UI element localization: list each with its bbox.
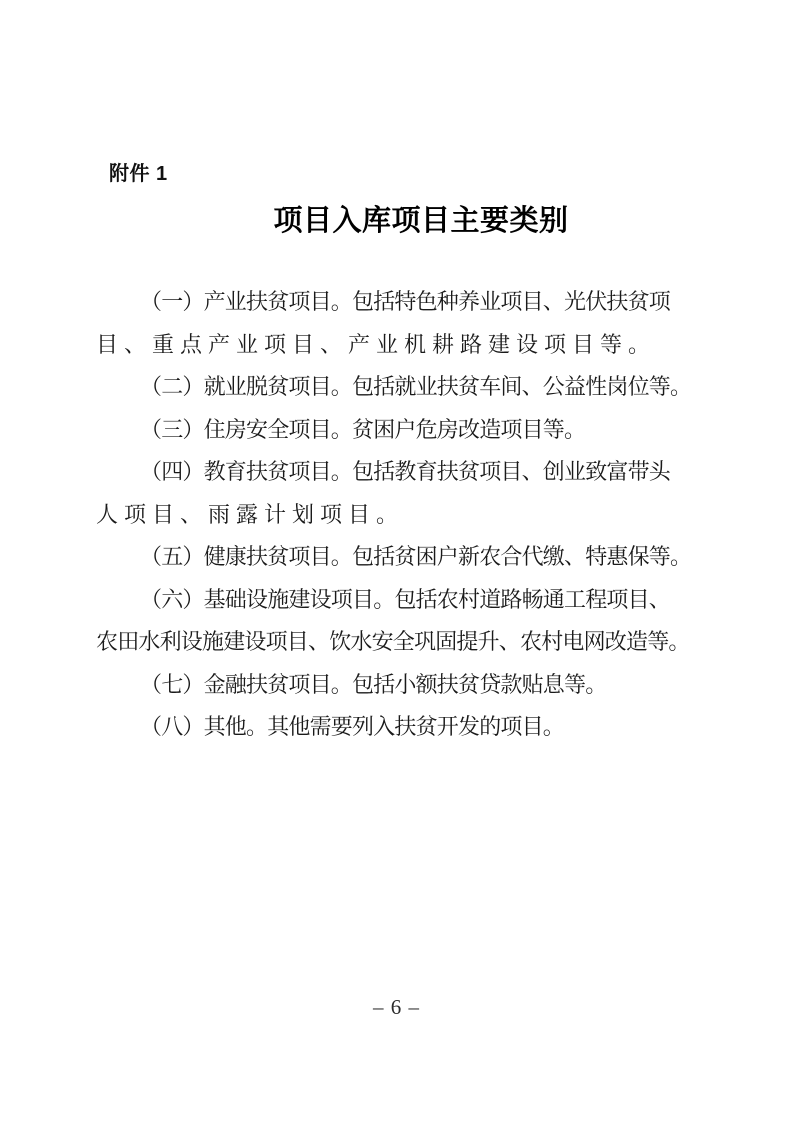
body-line: （一）产业扶贫项目。包括特色种养业项目、光伏扶贫项 [96,281,696,324]
document-page: 附件 1 项目入库项目主要类别 （一）产业扶贫项目。包括特色种养业项目、光伏扶贫… [0,0,793,1122]
body-line: （八）其他。其他需要列入扶贫开发的项目。 [96,706,696,749]
body-line: 人项目、雨露计划项目。 [96,494,696,537]
body-line: 目、重点产业项目、产业机耕路建设项目等。 [96,324,696,367]
document-body: （一）产业扶贫项目。包括特色种养业项目、光伏扶贫项 目、重点产业项目、产业机耕路… [96,281,696,749]
body-line: （五）健康扶贫项目。包括贫困户新农合代缴、特惠保等。 [96,536,696,579]
page-number: – 6 – [0,995,793,1019]
body-line: （三）住房安全项目。贫困户危房改造项目等。 [96,409,696,452]
body-line: （六）基础设施建设项目。包括农村道路畅通工程项目、 [96,579,696,622]
body-line: （四）教育扶贫项目。包括教育扶贫项目、创业致富带头 [96,451,696,494]
attachment-label: 附件 1 [109,157,168,186]
body-line: （七）金融扶贫项目。包括小额扶贫贷款贴息等。 [96,664,696,707]
body-line: 农田水利设施建设项目、饮水安全巩固提升、农村电网改造等。 [96,621,696,664]
page-title: 项目入库项目主要类别 [96,198,721,239]
body-line: （二）就业脱贫项目。包括就业扶贫车间、公益性岗位等。 [96,366,696,409]
